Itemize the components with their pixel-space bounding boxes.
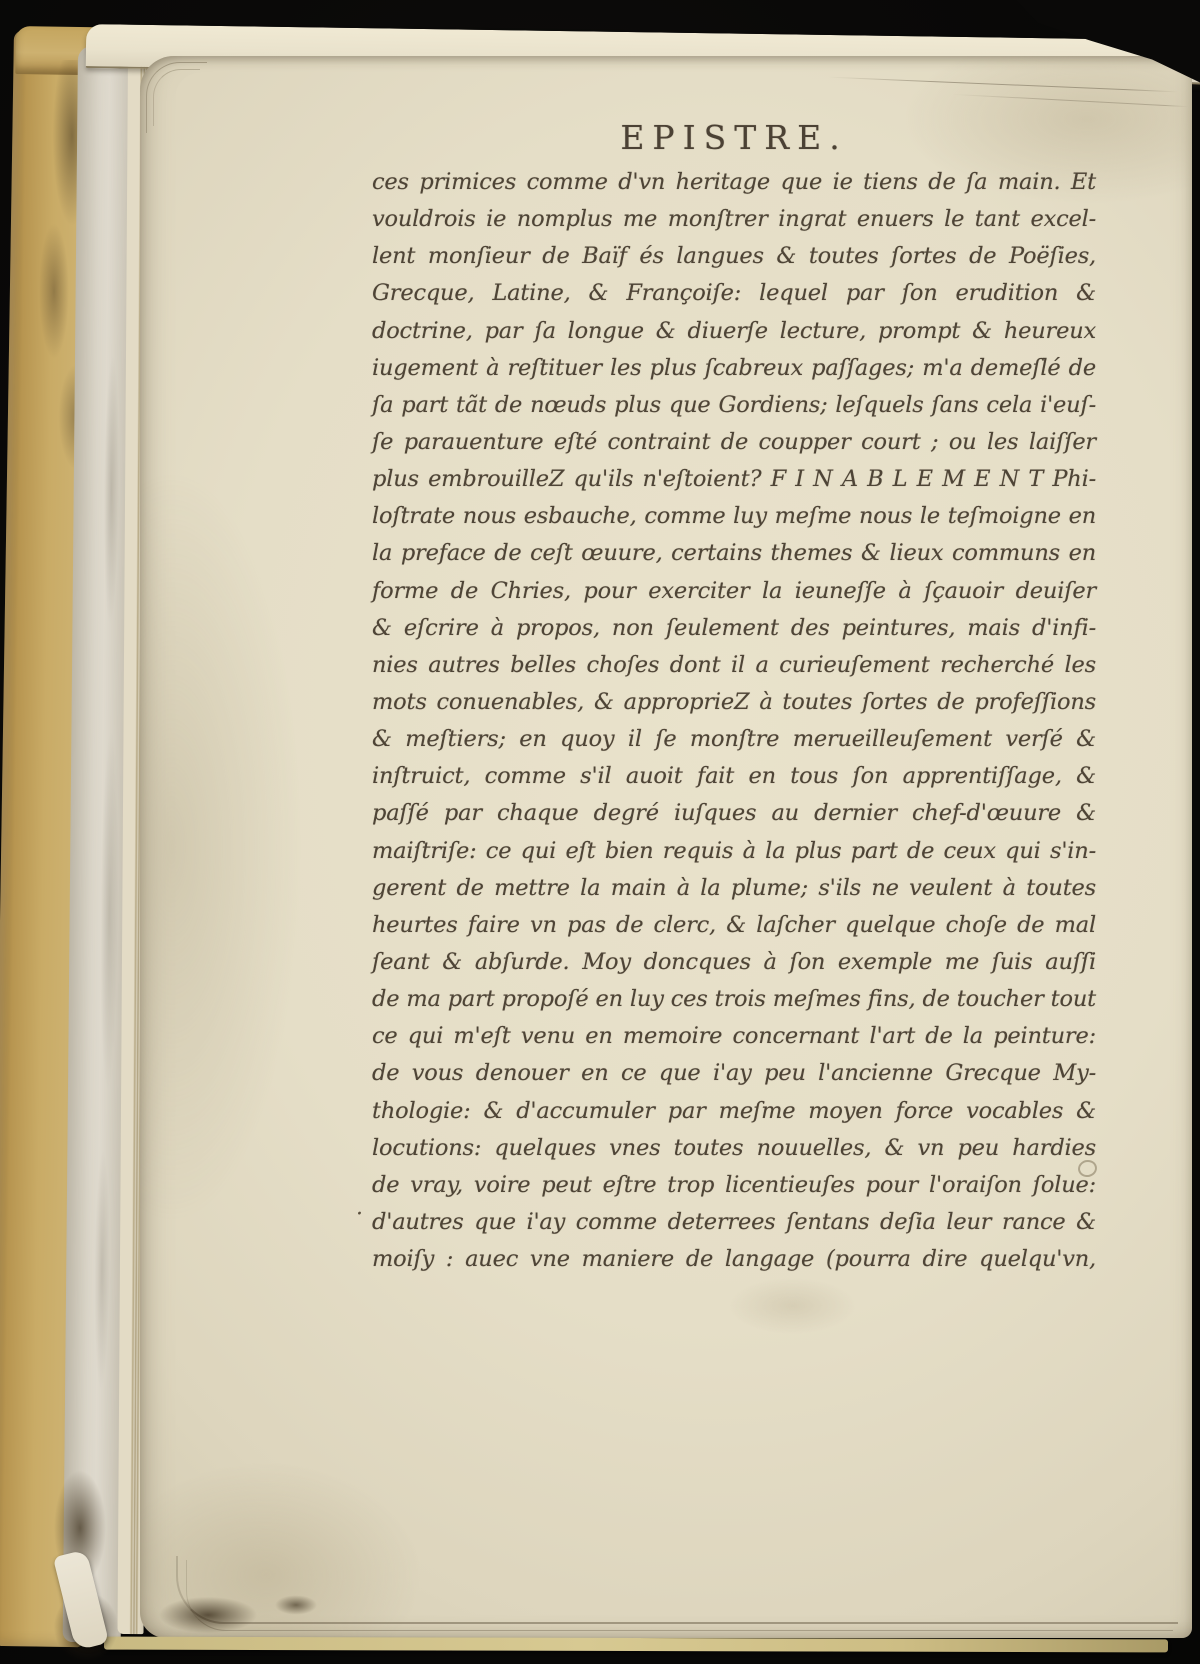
text-line: iugement à reſtituer les plus ſcabreux p… [372, 350, 1096, 387]
text-line: heurtes faire vn pas de clerc, & laſcher… [372, 907, 1096, 944]
margin-dot-mark: · [356, 1196, 370, 1233]
text-line: la preface de ceſt œuure, certains theme… [372, 535, 1096, 572]
text-line: mots conuenables, & approprieZ à toutes … [372, 684, 1096, 721]
text-line: inſtruict, comme s'il auoit fait en tous… [372, 758, 1096, 795]
text-line: forme de Chries, pour exerciter la ieune… [372, 573, 1096, 610]
text-line: ſa part tãt de nœuds plus que Gordiens; … [372, 387, 1096, 424]
page-corner-ridge [153, 69, 200, 126]
page-bottom-ridge [186, 1560, 1173, 1631]
text-line: plus embrouilleZ qu'ils n'eſtoient? F I … [372, 461, 1096, 498]
text-line: d'autres que i'ay comme deterrees ſentan… [372, 1204, 1096, 1241]
page-heading: EPISTRE. [372, 118, 1096, 164]
text-line: ſeant & abſurde. Moy doncques à ſon exem… [372, 944, 1096, 981]
text-line: vouldrois ie nomplus me monſtrer ingrat … [372, 201, 1096, 238]
text-line: ce qui m'eſt venu en memoire concernant … [372, 1018, 1096, 1055]
text-line: thologie: & d'accumuler par meſme moyen … [372, 1093, 1096, 1130]
text-line: de vous denouer en ce que i'ay peu l'anc… [372, 1055, 1096, 1092]
text-line: moiſy : auec vne maniere de langage (pou… [372, 1241, 1096, 1278]
text-line: & eſcrire à propos, non ſeulement des pe… [372, 610, 1096, 647]
text-line: locutions: quelques vnes toutes nouuelle… [372, 1130, 1096, 1167]
text-line: ſe parauenture eſté contraint de coupper… [372, 424, 1096, 461]
text-line: de ma part propoſé en luy ces trois meſm… [372, 981, 1096, 1018]
text-block: EPISTRE. ces primices comme d'vn heritag… [372, 118, 1096, 1278]
text-line: paſſé par chaque degré iuſques au dernie… [372, 795, 1096, 832]
text-line: Grecque, Latine, & Françoiſe: lequel par… [372, 275, 1096, 312]
text-line: gerent de mettre la main à la plume; s'i… [372, 870, 1096, 907]
text-line: doctrine, par ſa longue & diuerſe lectur… [372, 313, 1096, 350]
text-line: & meſtiers; en quoy il ſe monſtre meruei… [372, 721, 1096, 758]
text-line: loſtrate nous esbauche, comme luy meſme … [372, 498, 1096, 535]
text-line: maiſtriſe: ce qui eſt bien requis à la p… [372, 833, 1096, 870]
text-line: ces primices comme d'vn heritage que ie … [372, 164, 1096, 201]
body-text: ces primices comme d'vn heritage que ie … [372, 164, 1096, 1278]
text-line: lent monſieur de Baïf és langues & toute… [372, 238, 1096, 275]
text-line: de vray, voire peut eſtre trop licentieu… [372, 1167, 1096, 1204]
scanned-book-photo: { "document": { "heading": "EPISTRE.", "… [0, 0, 1200, 1664]
book-bottom-edge [104, 1637, 1168, 1653]
text-line: nies autres belles choſes dont il a curi… [372, 647, 1096, 684]
